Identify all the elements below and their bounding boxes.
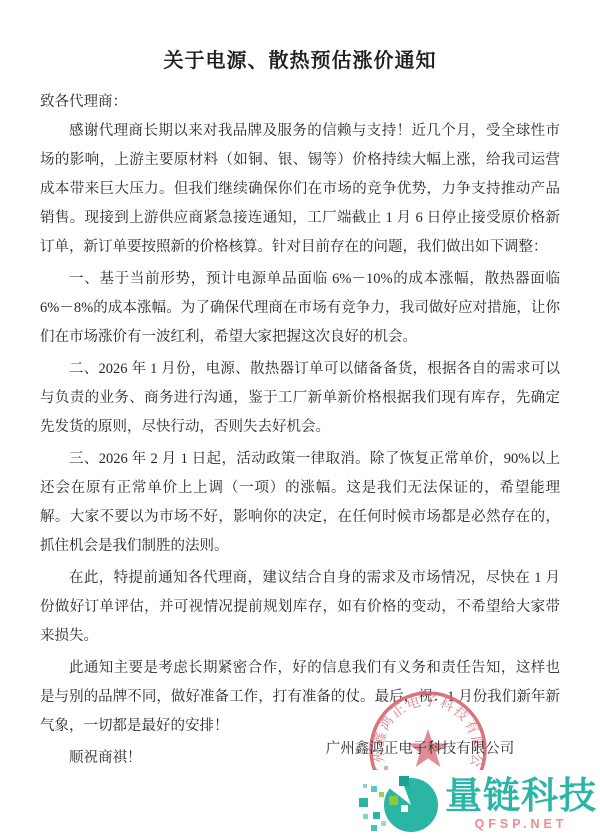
body-paragraph: 感谢代理商长期以来对我品牌及服务的信赖与支持！近几个月，受全球性市场的影响，上游… bbox=[40, 117, 560, 262]
body-paragraph: 二、2026 年 1 月份，电源、散热器订单可以储备备货，根据各自的需求可以与负… bbox=[40, 355, 560, 442]
watermark-logo: 量链科技 QFSP.NET bbox=[355, 770, 599, 838]
signature-company: 广州鑫鸿正电子科技有限公司 bbox=[318, 737, 522, 758]
watermark-brand: 量链科技 bbox=[445, 777, 597, 815]
body-paragraph: 在此，特提前通知各代理商，建议结合自身的需求及市场情况，尽快在 1 月份做好订单… bbox=[40, 564, 560, 651]
salutation: 致各代理商： bbox=[40, 88, 560, 117]
body-paragraph: 一、基于当前形势，预计电源单品面临 6%－10%的成本涨幅，散热器面临 6%－8… bbox=[40, 265, 560, 352]
document-page: 关于电源、散热预估涨价通知 致各代理商： 感谢代理商长期以来对我品牌及服务的信赖… bbox=[0, 0, 600, 840]
body-paragraph: 三、2026 年 2 月 1 日起，活动政策一律取消。除了恢复正常单价，90%以… bbox=[40, 445, 560, 561]
watermark-text: 量链科技 QFSP.NET bbox=[445, 777, 597, 831]
page-title: 关于电源、散热预估涨价通知 bbox=[40, 44, 560, 73]
qfsp-logo-icon bbox=[359, 772, 439, 836]
watermark-domain: QFSP.NET bbox=[445, 817, 597, 831]
